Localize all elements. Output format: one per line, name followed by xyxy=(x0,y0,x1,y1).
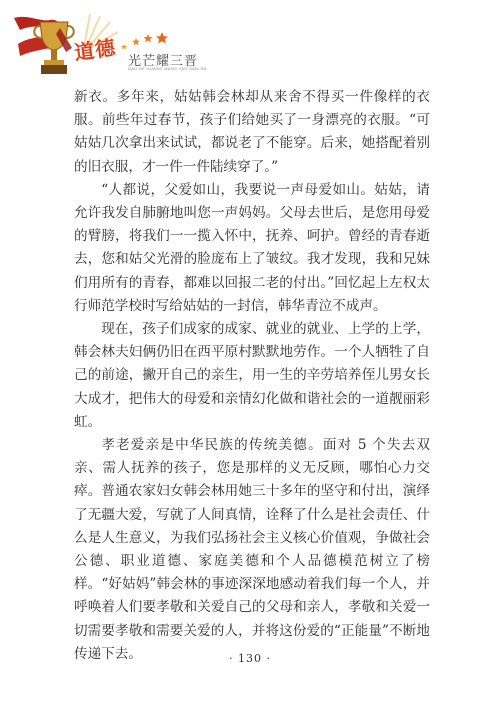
article-body: 新衣。多年来，姑姑韩会林却从来舍不得买一件像样的衣服。前些年过春节，孩子们给她买… xyxy=(74,86,430,666)
paragraph: 现在，孩子们成家的成家、就业的就业、上学的上学，韩会林夫妇俩仍旧在西平原村默默地… xyxy=(74,318,430,434)
paragraph: “人都说，父爱如山，我要说一声母爱如山。姑姑，请允许我发自肺腑地叫您一声妈妈。父… xyxy=(74,179,430,318)
paragraph: 新衣。多年来，姑姑韩会林却从来舍不得买一件像样的衣服。前些年过春节，孩子们给她买… xyxy=(74,86,430,179)
paragraph: 孝老爱亲是中华民族的传统美德。面对 5 个失去双亲、需人抚养的孩子，您是那样的义… xyxy=(74,434,430,666)
page-header: 道德 光芒耀三晋 DAO DE GUANG MANG YAO SAN JIN xyxy=(0,0,260,80)
logo-title: 道德 xyxy=(72,31,118,66)
page-number: · 130 · xyxy=(0,652,500,665)
stars-icon xyxy=(118,30,168,50)
logo-pinyin: DAO DE GUANG MANG YAO SAN JIN xyxy=(128,66,207,71)
